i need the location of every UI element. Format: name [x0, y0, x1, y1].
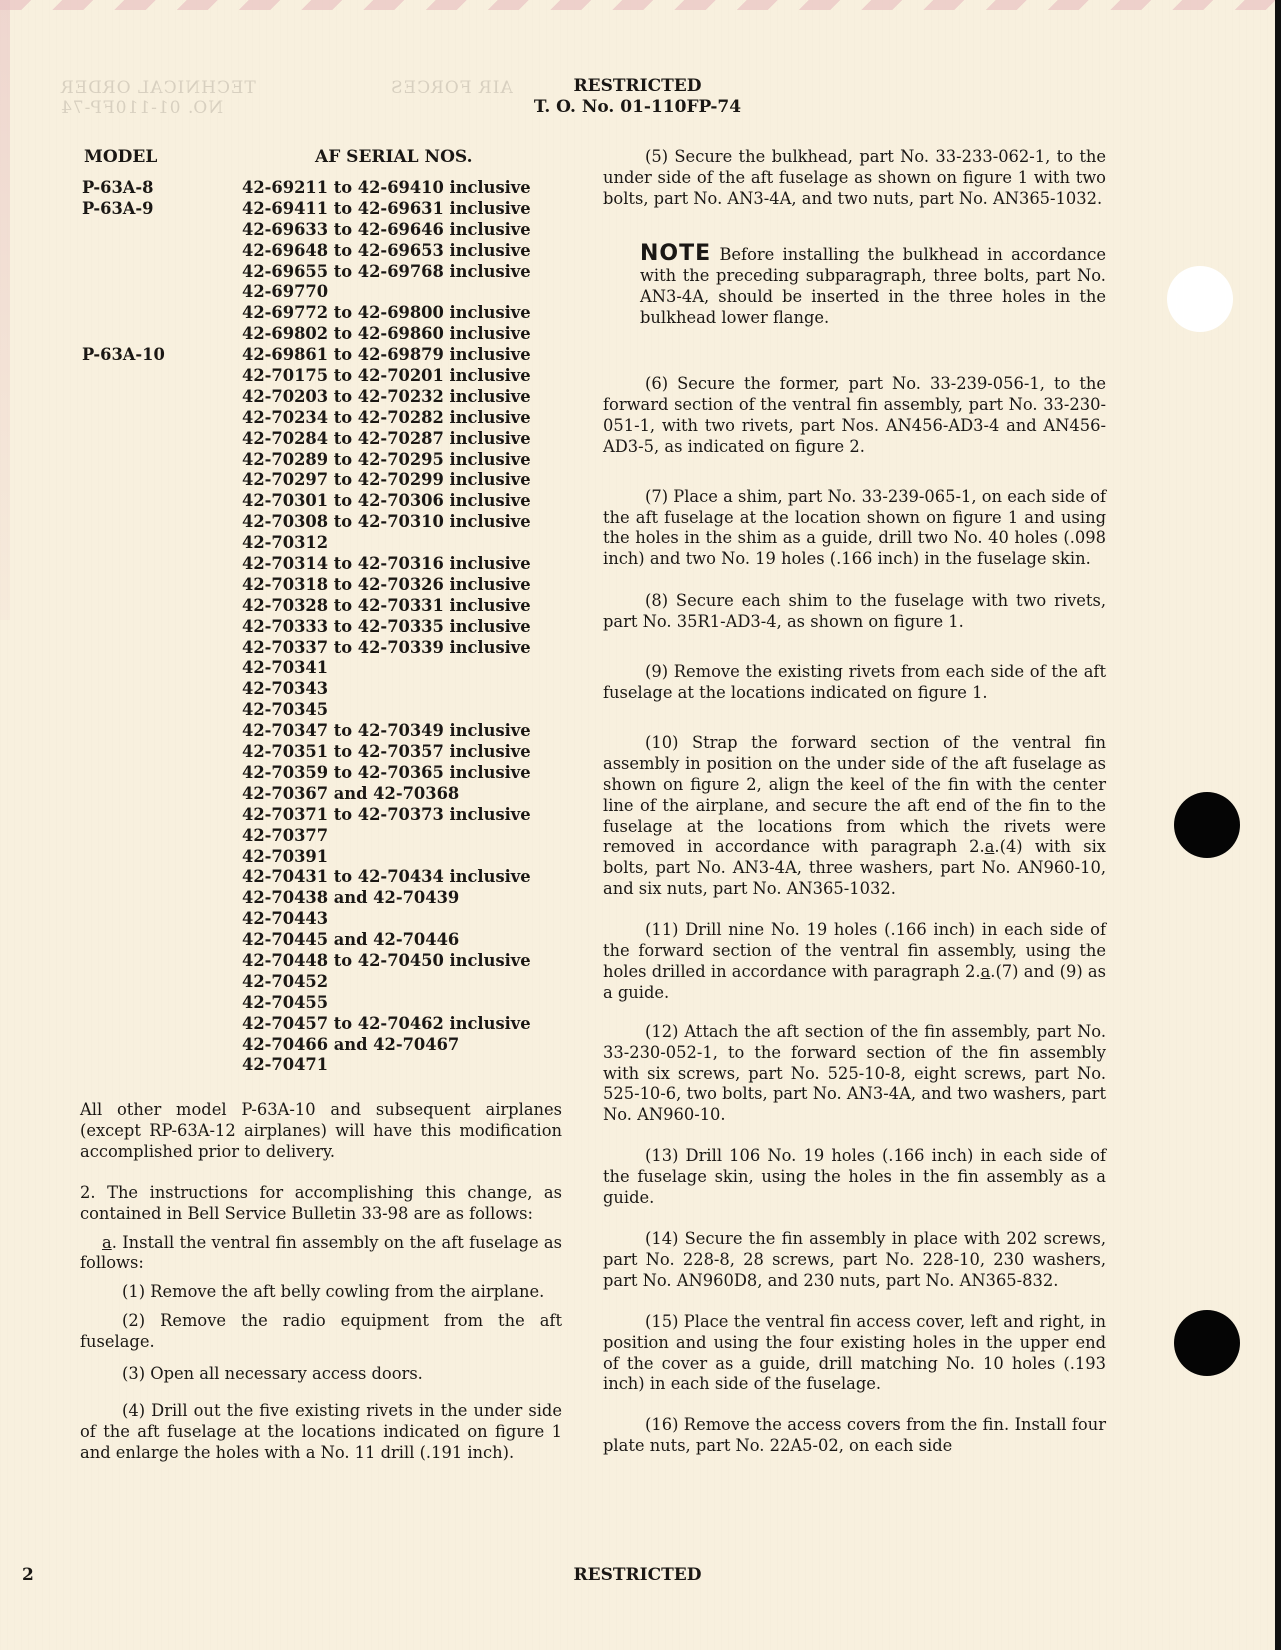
serial-cell: 42-70297 to 42-70299 inclusive — [242, 470, 531, 491]
table-row: 42-70367 and 42-70368 — [82, 784, 542, 805]
step-13: (13) Drill 106 No. 19 holes (.166 inch) … — [603, 1146, 1106, 1209]
model-cell — [82, 638, 242, 659]
table-row: 42-70351 to 42-70357 inclusive — [82, 742, 542, 763]
table-row: 42-70343 — [82, 679, 542, 700]
model-cell — [82, 491, 242, 512]
serial-cell: 42-70175 to 42-70201 inclusive — [242, 366, 531, 387]
serial-cell: 42-70284 to 42-70287 inclusive — [242, 429, 531, 450]
step-10-ref: a — [985, 837, 995, 856]
table-row: 42-70466 and 42-70467 — [82, 1035, 542, 1056]
serial-cell: 42-70457 to 42-70462 inclusive — [242, 1014, 531, 1035]
punch-hole — [1174, 792, 1240, 858]
step-1: (1) Remove the aft belly cowling from th… — [80, 1282, 562, 1303]
serial-cell: 42-70234 to 42-70282 inclusive — [242, 408, 531, 429]
table-row: 42-70471 — [82, 1055, 542, 1076]
airmail-stripe-border — [0, 0, 1275, 10]
table-row: 42-70371 to 42-70373 inclusive — [82, 805, 542, 826]
table-row: 42-70289 to 42-70295 inclusive — [82, 450, 542, 471]
serial-cell: 42-70343 — [242, 679, 328, 700]
table-row: 42-69772 to 42-69800 inclusive — [82, 303, 542, 324]
serial-cell: 42-69648 to 42-69653 inclusive — [242, 241, 531, 262]
serial-cell: 42-70438 and 42-70439 — [242, 888, 459, 909]
punch-hole — [1167, 266, 1233, 332]
table-row: 42-70452 — [82, 972, 542, 993]
serial-cell: 42-70452 — [242, 972, 328, 993]
model-cell — [82, 241, 242, 262]
table-row: 42-70175 to 42-70201 inclusive — [82, 366, 542, 387]
model-cell — [82, 262, 242, 283]
model-cell — [82, 282, 242, 303]
table-row: 42-70431 to 42-70434 inclusive — [82, 867, 542, 888]
right-column-steps: (6) Secure the former, part No. 33-239-0… — [603, 374, 1106, 1457]
table-row: 42-70443 — [82, 909, 542, 930]
serial-number-table: P-63A-842-69211 to 42-69410 inclusiveP-6… — [82, 178, 542, 1076]
serial-cell: 42-69802 to 42-69860 inclusive — [242, 324, 531, 345]
model-cell — [82, 951, 242, 972]
model-cell — [82, 993, 242, 1014]
table-row: 42-69633 to 42-69646 inclusive — [82, 220, 542, 241]
serial-cell: 42-70347 to 42-70349 inclusive — [242, 721, 531, 742]
table-row: 42-70328 to 42-70331 inclusive — [82, 596, 542, 617]
model-cell — [82, 408, 242, 429]
table-row: 42-70391 — [82, 847, 542, 868]
model-cell — [82, 1035, 242, 1056]
serial-cell: 42-70345 — [242, 700, 328, 721]
table-row: 42-70234 to 42-70282 inclusive — [82, 408, 542, 429]
table-row: 42-70203 to 42-70232 inclusive — [82, 387, 542, 408]
subparagraph-a: a. Install the ventral fin assembly on t… — [80, 1233, 562, 1275]
model-cell — [82, 658, 242, 679]
serial-cell: 42-70337 to 42-70339 inclusive — [242, 638, 531, 659]
table-row: 42-69770 — [82, 282, 542, 303]
table-row: 42-69648 to 42-69653 inclusive — [82, 241, 542, 262]
table-row: 42-70341 — [82, 658, 542, 679]
model-cell: P-63A-9 — [82, 199, 242, 220]
step-9: (9) Remove the existing rivets from each… — [603, 662, 1106, 704]
table-row: 42-70308 to 42-70310 inclusive — [82, 512, 542, 533]
serial-cell: 42-69211 to 42-69410 inclusive — [242, 178, 531, 199]
table-row: P-63A-842-69211 to 42-69410 inclusive — [82, 178, 542, 199]
serial-cell: 42-70203 to 42-70232 inclusive — [242, 387, 531, 408]
table-row: 42-70438 and 42-70439 — [82, 888, 542, 909]
column-header-serials: AF SERIAL NOS. — [315, 147, 473, 167]
model-cell — [82, 429, 242, 450]
table-row: 42-70284 to 42-70287 inclusive — [82, 429, 542, 450]
serial-cell: 42-69633 to 42-69646 inclusive — [242, 220, 531, 241]
table-row: 42-70312 — [82, 533, 542, 554]
note-block: NOTE Before installing the bulkhead in a… — [640, 244, 1106, 329]
table-row: P-63A-942-69411 to 42-69631 inclusive — [82, 199, 542, 220]
serial-cell: 42-69861 to 42-69879 inclusive — [242, 345, 531, 366]
model-cell — [82, 930, 242, 951]
serial-cell: 42-70448 to 42-70450 inclusive — [242, 951, 531, 972]
table-row: 42-70345 — [82, 700, 542, 721]
model-cell — [82, 324, 242, 345]
model-cell — [82, 533, 242, 554]
table-row: 42-70455 — [82, 993, 542, 1014]
serial-cell: 42-69655 to 42-69768 inclusive — [242, 262, 531, 283]
subparagraph-a-label: a — [102, 1233, 112, 1252]
model-cell — [82, 700, 242, 721]
other-models-paragraph: All other model P-63A-10 and subsequent … — [80, 1100, 562, 1163]
table-row: 42-70318 to 42-70326 inclusive — [82, 575, 542, 596]
serial-cell: 42-70289 to 42-70295 inclusive — [242, 450, 531, 471]
serial-cell: 42-70466 and 42-70467 — [242, 1035, 459, 1056]
model-cell — [82, 972, 242, 993]
table-row: 42-70377 — [82, 826, 542, 847]
model-cell — [82, 470, 242, 491]
table-row: 42-70314 to 42-70316 inclusive — [82, 554, 542, 575]
document-page: TECHNICAL ORDER NO. 01-110FP-74 AIR FORC… — [0, 0, 1275, 1650]
table-row: 42-69655 to 42-69768 inclusive — [82, 262, 542, 283]
note-paragraph: NOTE Before installing the bulkhead in a… — [640, 244, 1106, 329]
table-row: 42-70359 to 42-70365 inclusive — [82, 763, 542, 784]
table-row: 42-70337 to 42-70339 inclusive — [82, 638, 542, 659]
table-row: 42-70448 to 42-70450 inclusive — [82, 951, 542, 972]
model-cell: P-63A-8 — [82, 178, 242, 199]
serial-cell: 42-70431 to 42-70434 inclusive — [242, 867, 531, 888]
model-cell — [82, 721, 242, 742]
serial-cell: 42-70391 — [242, 847, 328, 868]
table-row: 42-70333 to 42-70335 inclusive — [82, 617, 542, 638]
step-16: (16) Remove the access covers from the f… — [603, 1415, 1106, 1457]
step-4: (4) Drill out the five existing rivets i… — [80, 1401, 562, 1464]
model-cell — [82, 826, 242, 847]
serial-cell: 42-70371 to 42-70373 inclusive — [242, 805, 531, 826]
model-cell: P-63A-10 — [82, 345, 242, 366]
table-row: 42-70297 to 42-70299 inclusive — [82, 470, 542, 491]
step-8: (8) Secure each shim to the fuselage wit… — [603, 591, 1106, 633]
model-cell — [82, 596, 242, 617]
paragraph-2: 2. The instructions for accomplishing th… — [80, 1183, 562, 1225]
serial-cell: 42-70328 to 42-70331 inclusive — [242, 596, 531, 617]
step-10: (10) Strap the forward section of the ve… — [603, 733, 1106, 900]
table-row: 42-69802 to 42-69860 inclusive — [82, 324, 542, 345]
serial-cell: 42-70351 to 42-70357 inclusive — [242, 742, 531, 763]
step-12: (12) Attach the aft section of the fin a… — [603, 1022, 1106, 1127]
step-6: (6) Secure the former, part No. 33-239-0… — [603, 374, 1106, 458]
punch-hole — [1174, 1310, 1240, 1376]
model-cell — [82, 366, 242, 387]
table-row: 42-70347 to 42-70349 inclusive — [82, 721, 542, 742]
footer-classification: RESTRICTED — [0, 1565, 1275, 1585]
model-cell — [82, 909, 242, 930]
left-column: All other model P-63A-10 and subsequent … — [80, 1100, 562, 1464]
serial-cell: 42-70471 — [242, 1055, 328, 1076]
serial-cell: 42-70318 to 42-70326 inclusive — [242, 575, 531, 596]
serial-cell: 42-70445 and 42-70446 — [242, 930, 459, 951]
model-cell — [82, 1014, 242, 1035]
step-5: (5) Secure the bulkhead, part No. 33-233… — [603, 147, 1106, 210]
note-label: NOTE — [640, 241, 711, 266]
column-header-model: MODEL — [84, 147, 157, 167]
step-14: (14) Secure the fin assembly in place wi… — [603, 1229, 1106, 1292]
serial-cell: 42-70377 — [242, 826, 328, 847]
serial-cell: 42-70301 to 42-70306 inclusive — [242, 491, 531, 512]
serial-cell: 42-70367 and 42-70368 — [242, 784, 459, 805]
step-11: (11) Drill nine No. 19 holes (.166 inch)… — [603, 920, 1106, 1004]
right-column-top: (5) Secure the bulkhead, part No. 33-233… — [603, 147, 1106, 210]
model-cell — [82, 1055, 242, 1076]
model-cell — [82, 867, 242, 888]
serial-cell: 42-70312 — [242, 533, 328, 554]
model-cell — [82, 679, 242, 700]
serial-cell: 42-69770 — [242, 282, 328, 303]
model-cell — [82, 575, 242, 596]
model-cell — [82, 805, 242, 826]
serial-cell: 42-69411 to 42-69631 inclusive — [242, 199, 531, 220]
model-cell — [82, 220, 242, 241]
step-2: (2) Remove the radio equipment from the … — [80, 1311, 562, 1353]
model-cell — [82, 888, 242, 909]
subparagraph-a-text: . Install the ventral fin assembly on th… — [80, 1233, 562, 1273]
serial-cell: 42-70455 — [242, 993, 328, 1014]
step-11-ref: a — [981, 962, 991, 981]
model-cell — [82, 450, 242, 471]
table-row: 42-70457 to 42-70462 inclusive — [82, 1014, 542, 1035]
model-cell — [82, 512, 242, 533]
serial-cell: 42-70308 to 42-70310 inclusive — [242, 512, 531, 533]
serial-cell: 42-70314 to 42-70316 inclusive — [242, 554, 531, 575]
serial-cell: 42-70359 to 42-70365 inclusive — [242, 763, 531, 784]
table-row: 42-70301 to 42-70306 inclusive — [82, 491, 542, 512]
scan-edge — [1275, 0, 1281, 1650]
serial-cell: 42-70341 — [242, 658, 328, 679]
table-row: P-63A-1042-69861 to 42-69879 inclusive — [82, 345, 542, 366]
model-cell — [82, 763, 242, 784]
table-row: 42-70445 and 42-70446 — [82, 930, 542, 951]
model-cell — [82, 784, 242, 805]
model-cell — [82, 617, 242, 638]
model-cell — [82, 554, 242, 575]
model-cell — [82, 847, 242, 868]
serial-cell: 42-69772 to 42-69800 inclusive — [242, 303, 531, 324]
step-3: (3) Open all necessary access doors. — [80, 1364, 562, 1385]
model-cell — [82, 303, 242, 324]
serial-cell: 42-70333 to 42-70335 inclusive — [242, 617, 531, 638]
header-to-number: T. O. No. 01-110FP-74 — [0, 97, 1275, 117]
step-7: (7) Place a shim, part No. 33-239-065-1,… — [603, 487, 1106, 571]
serial-cell: 42-70443 — [242, 909, 328, 930]
model-cell — [82, 387, 242, 408]
model-cell — [82, 742, 242, 763]
header-classification: RESTRICTED — [0, 76, 1275, 96]
step-15: (15) Place the ventral fin access cover,… — [603, 1312, 1106, 1396]
